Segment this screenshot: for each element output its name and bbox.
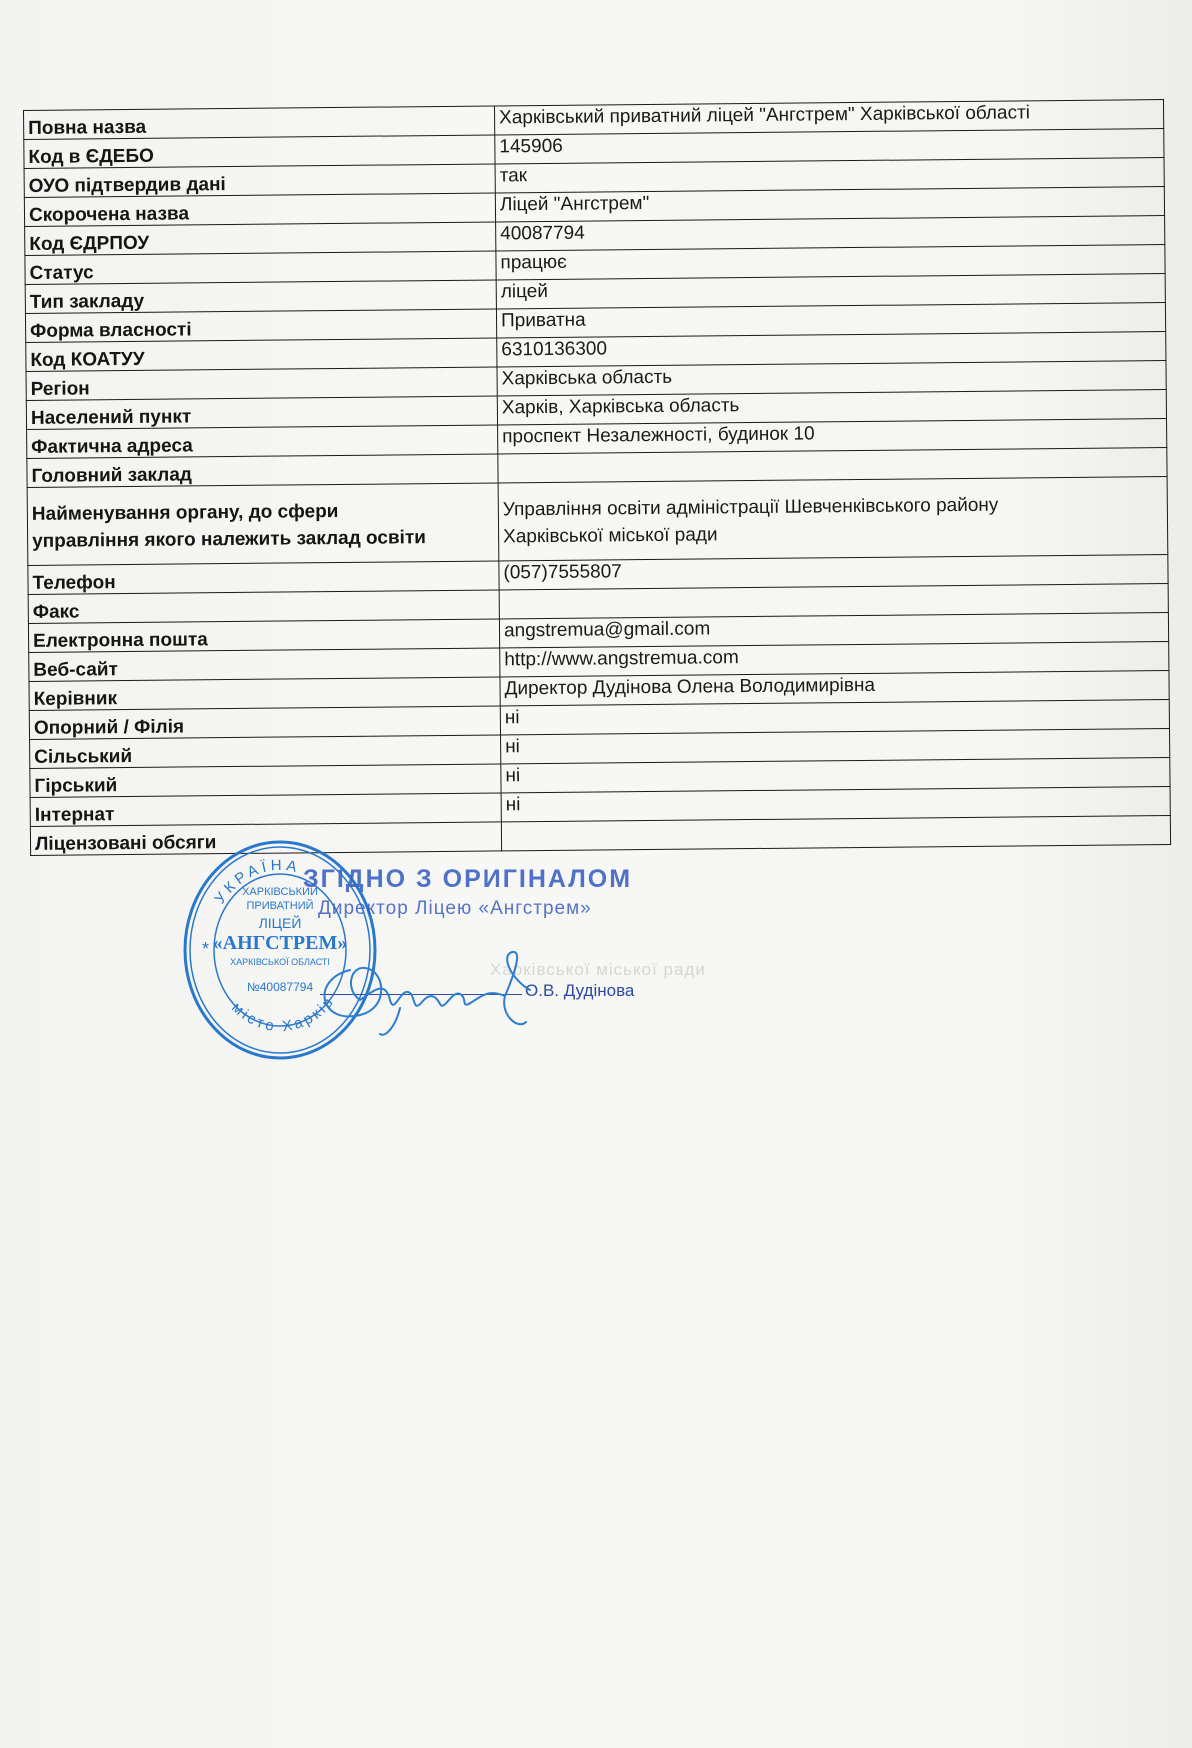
row-label: Код в ЄДЕБО xyxy=(24,135,495,169)
certification-title: ЗГІДНО З ОРИГІНАЛОМ xyxy=(303,865,632,894)
signer-position: Директор Ліцею «Ангстрем» xyxy=(318,898,592,920)
row-label: Електронна пошта xyxy=(28,619,499,653)
row-label: Гірський xyxy=(30,764,501,798)
row-label: Статус xyxy=(25,251,496,285)
row-label: Інтернат xyxy=(30,793,501,827)
svg-text:ЛІЦЕЙ: ЛІЦЕЙ xyxy=(259,914,302,931)
row-label: Код КОАТУУ xyxy=(26,338,497,372)
row-label: Сільський xyxy=(30,735,501,769)
institution-info-table: Повна назва Харківський приватний ліцей … xyxy=(23,99,1171,856)
row-label: ОУО підтвердив дані xyxy=(24,164,495,198)
row-label: Повна назва xyxy=(24,106,495,140)
svg-text:ПРИВАТНИЙ: ПРИВАТНИЙ xyxy=(246,899,313,912)
svg-text:*: * xyxy=(202,939,209,959)
row-label: Тип закладу xyxy=(25,280,496,314)
row-label: Населений пункт xyxy=(26,396,497,430)
row-label: Телефон xyxy=(28,561,499,595)
row-label: Головний заклад xyxy=(27,454,498,488)
certification-block: УКРАЇНА місто Харків * ХАРКІВСЬКИЙ ПРИВА… xyxy=(160,835,760,1075)
row-label: Форма власності xyxy=(25,309,496,343)
row-label: Фактична адреса xyxy=(27,425,498,459)
handwritten-signature-icon xyxy=(290,930,550,1040)
document-page: Повна назва Харківський приватний ліцей … xyxy=(0,0,1192,1748)
row-label: Факс xyxy=(28,590,499,624)
row-label: Найменування органу, до сфери управління… xyxy=(27,483,499,566)
row-label: Регіон xyxy=(26,367,497,401)
row-label: Керівник xyxy=(29,677,500,711)
row-label: Скорочена назва xyxy=(24,193,495,227)
row-value-line: Харківської міської ради xyxy=(503,517,1163,550)
row-label: Опорний / Філія xyxy=(29,706,500,740)
row-label: Код ЄДРПОУ xyxy=(25,222,496,256)
row-value: Управління освіти адміністрації Шевченкі… xyxy=(498,477,1168,561)
row-label-line: управління якого належить заклад освіти xyxy=(32,523,494,554)
row-label: Веб-сайт xyxy=(29,648,500,682)
table-row-governing-body: Найменування органу, до сфери управління… xyxy=(27,477,1168,566)
